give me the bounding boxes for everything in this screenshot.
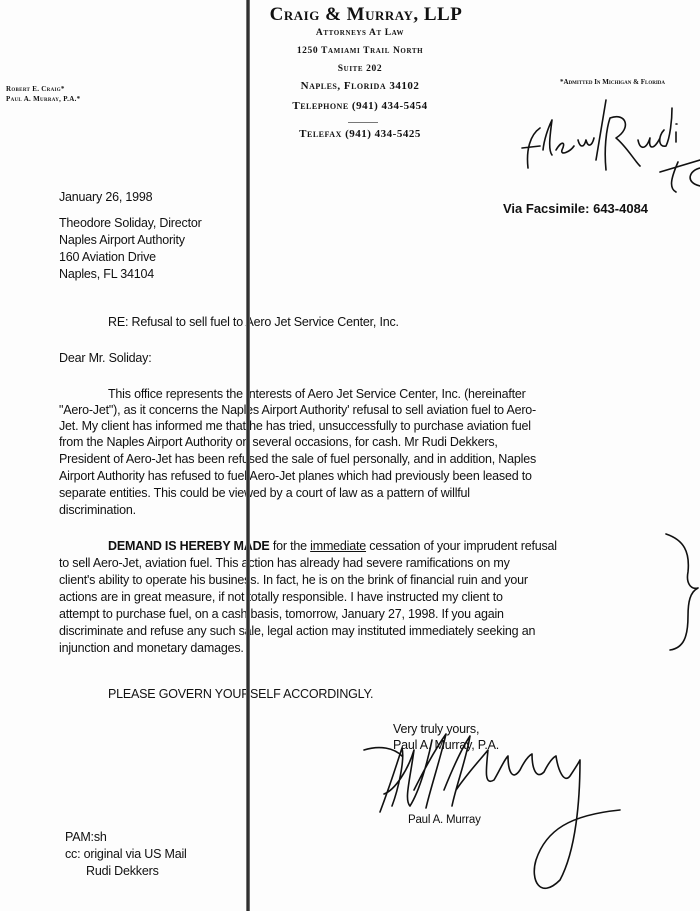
paragraph-line: This office represents the interests of … — [108, 386, 526, 403]
paragraph-line: to sell Aero-Jet, aviation fuel. This ac… — [59, 555, 510, 572]
complimentary-close: Very truly yours, — [393, 721, 479, 738]
signature-printed-name: Paul A. Murray — [408, 812, 481, 829]
salutation: Dear Mr. Soliday: — [59, 350, 151, 367]
transmission-method: Via Facsimile: 643-4084 — [503, 201, 648, 216]
cc-recipient: Rudi Dekkers — [86, 863, 159, 880]
paragraph-line: President of Aero-Jet has been refused t… — [59, 451, 536, 468]
letter-page: Craig & Murray, LLP Attorneys At Law 125… — [0, 0, 700, 911]
underlined-word: immediate — [310, 539, 366, 553]
paragraph-line: DEMAND IS HEREBY MADE for the immediate … — [108, 538, 557, 555]
paragraph-line: client's ability to operate his business… — [59, 572, 528, 589]
text-span: cessation of your imprudent refusal — [366, 539, 557, 553]
paragraph-line: discrimination. — [59, 502, 136, 519]
paragraph-line: actions are in great measure, if not tot… — [59, 589, 503, 606]
subject-line: RE: Refusal to sell fuel to Aero Jet Ser… — [108, 314, 399, 331]
scan-line-artifact — [246, 0, 250, 911]
closing-instruction: PLEASE GOVERN YOURSELF ACCORDINGLY. — [108, 686, 373, 703]
paragraph-line: separate entities. This could be viewed … — [59, 485, 470, 502]
paragraph-line: Jet. My client has informed me that he h… — [59, 418, 531, 435]
paragraph-line: injunction and monetary damages. — [59, 640, 244, 657]
paragraph-line: "Aero-Jet"), as it concerns the Naples A… — [59, 402, 536, 419]
paragraph-line: attempt to purchase fuel, on a cash basi… — [59, 606, 504, 623]
letter-date: January 26, 1998 — [59, 189, 152, 206]
cc-line: cc: original via US Mail — [65, 846, 187, 863]
paragraph-line: from the Naples Airport Authority on sev… — [59, 434, 498, 451]
text-span: for the — [270, 539, 311, 553]
recipient-organization: Naples Airport Authority — [59, 232, 185, 249]
paragraph-line: discriminate and refuse any such sale, l… — [59, 623, 535, 640]
recipient-name: Theodore Soliday, Director — [59, 215, 202, 232]
signer-name: Paul A. Murray, P.A. — [393, 737, 499, 754]
paragraph-line: Airport Authority has refused to fuel Ae… — [59, 468, 532, 485]
recipient-street: 160 Aviation Drive — [59, 249, 156, 266]
recipient-city: Naples, FL 34104 — [59, 266, 154, 283]
reference-initials: PAM:sh — [65, 829, 107, 846]
